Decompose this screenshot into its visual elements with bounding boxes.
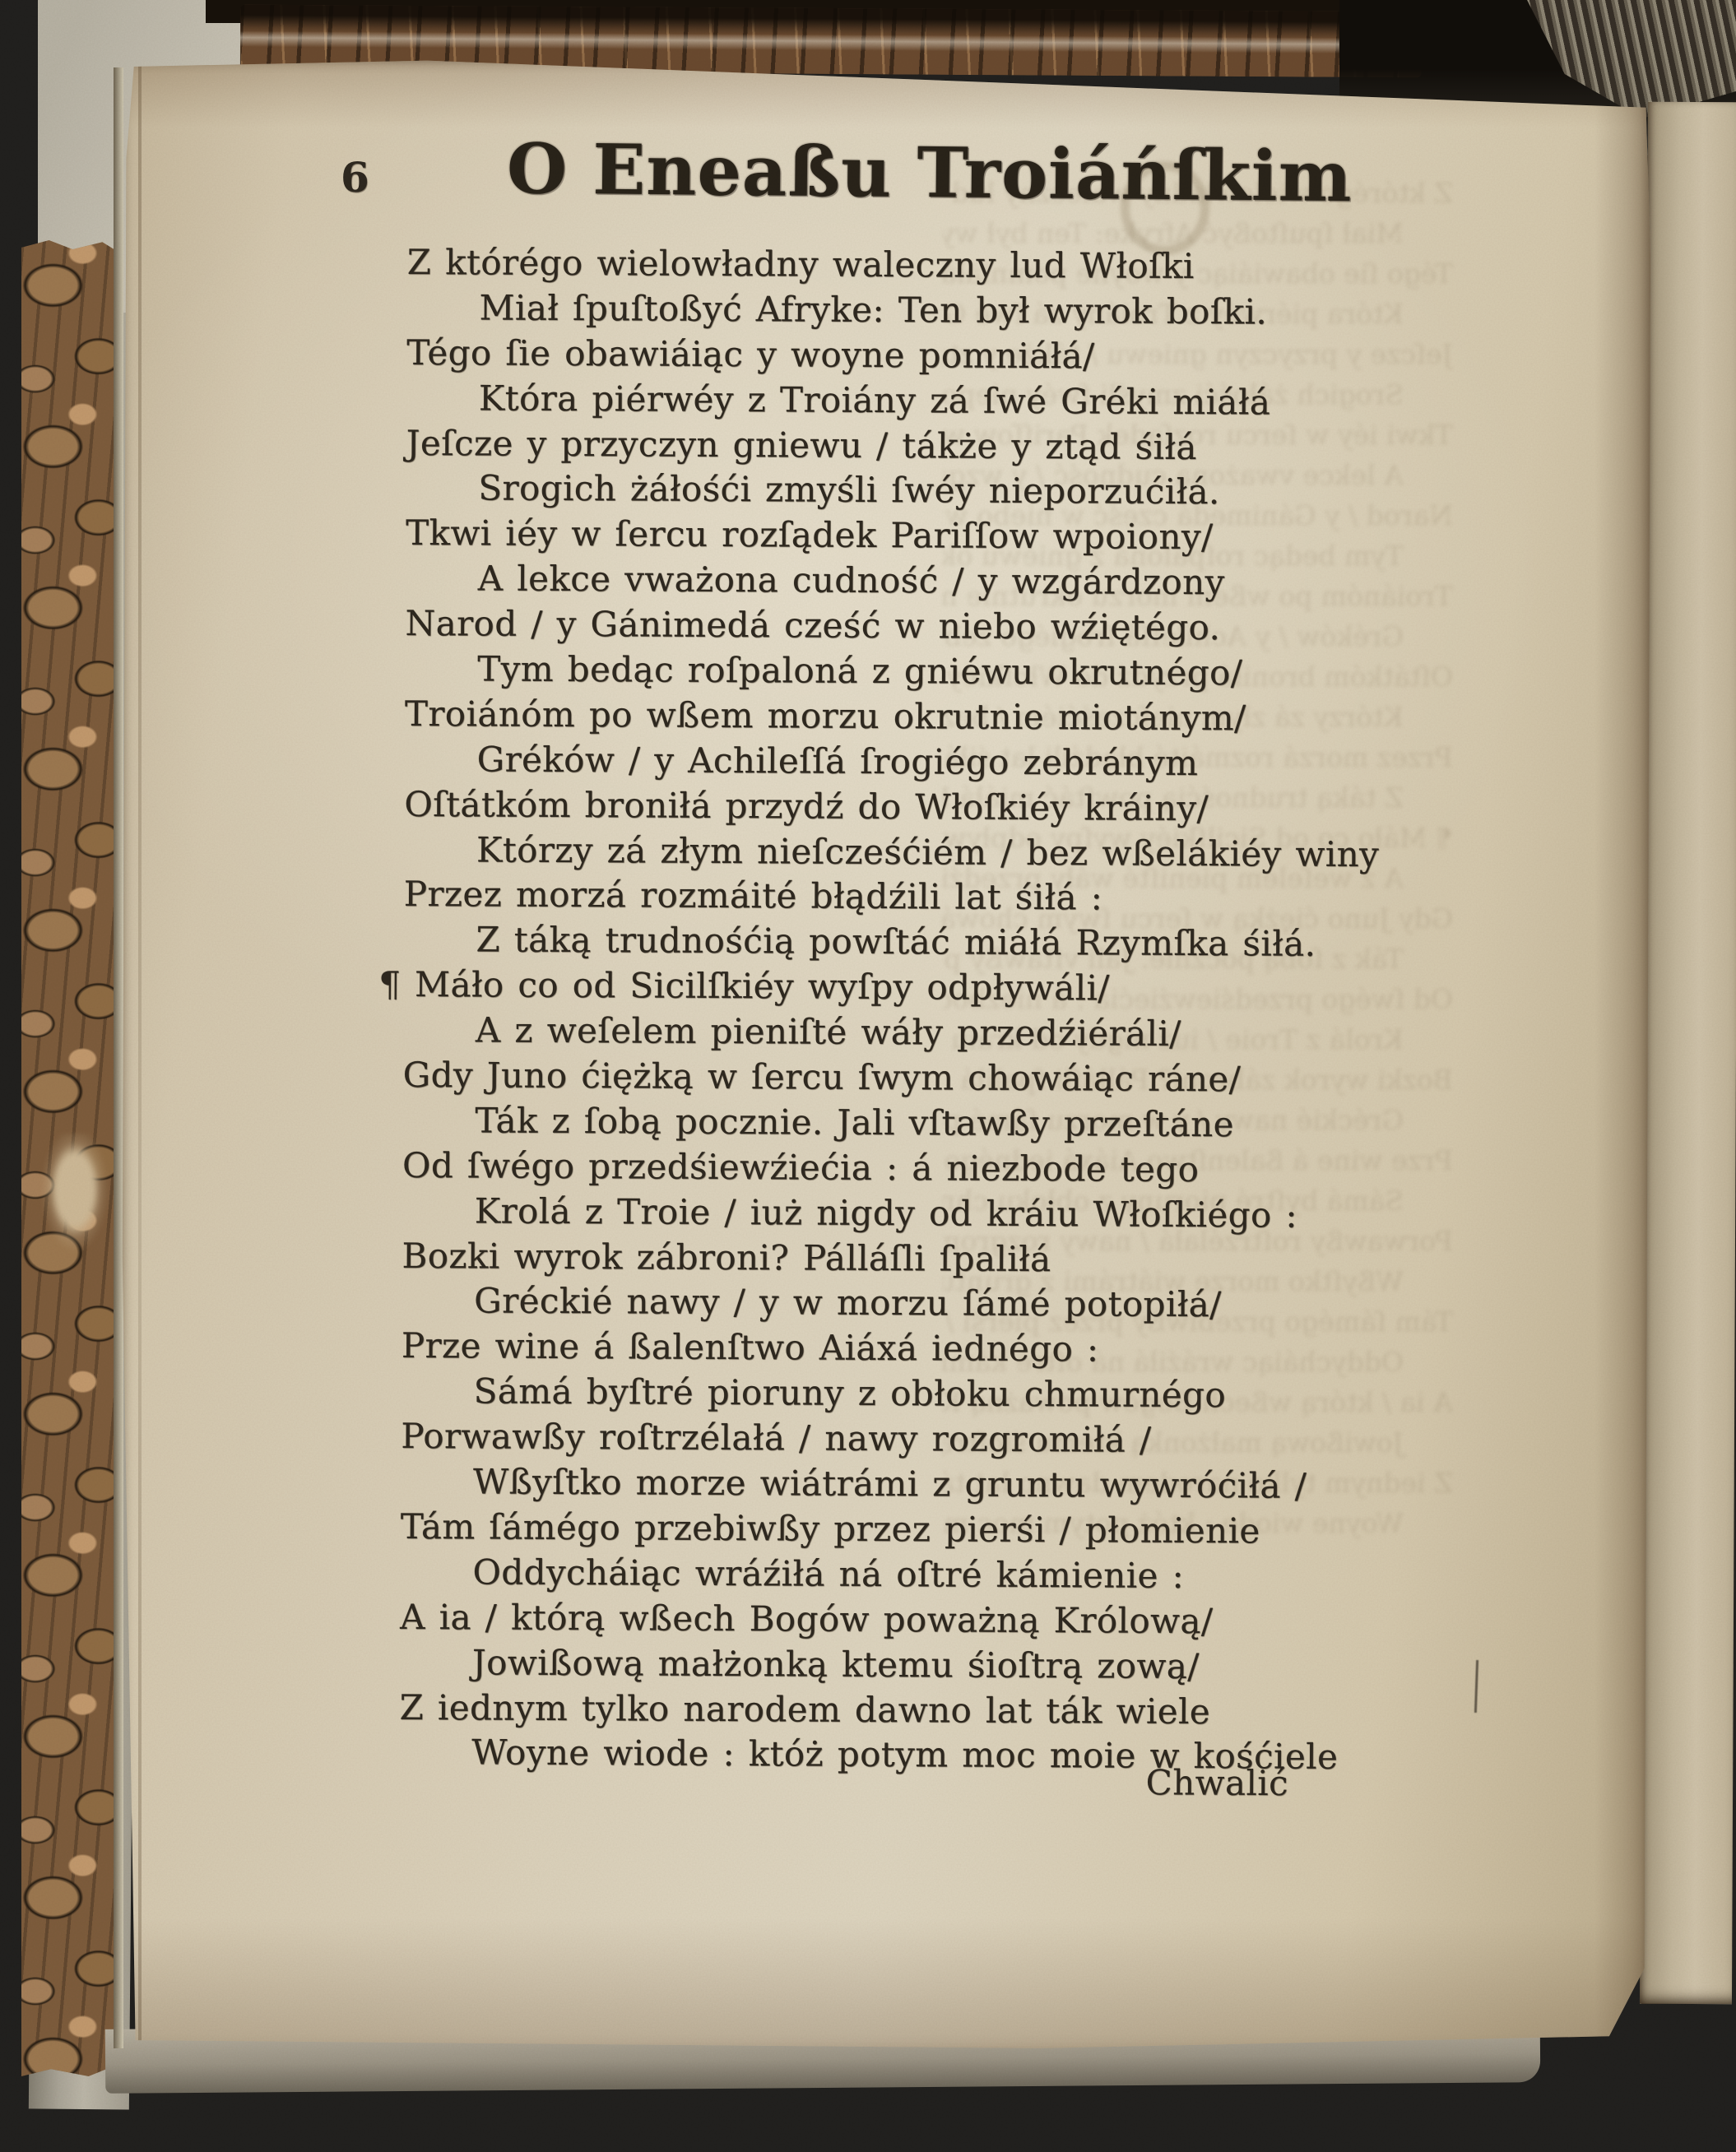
- book-page: Z którégo wielowładny waleczny lud Włoſk…: [120, 58, 1652, 2058]
- poem-line: Srogich żáłośći zmyśli ſwéy nieporzućiłá…: [406, 466, 1434, 516]
- poem-line: Przez morzá rozmáité błądźili lat śiłá :: [404, 872, 1432, 922]
- poem-line: Porwawßy roſtrzélałá / nawy rozgromiłá /: [401, 1414, 1429, 1464]
- poem-line: A z weſelem pieniſté wáły przedźiéráli/: [403, 1008, 1432, 1058]
- poem-line: Od ſwégo przedśiewźiećia : á niezbode te…: [402, 1143, 1431, 1194]
- ink-mark: [1474, 1660, 1478, 1713]
- poem-line: Krolá z Troie / iuż nigdy od kráiu Włoſk…: [402, 1189, 1431, 1239]
- poem-line: Z którégo wielowładny waleczny lud Włoſk…: [407, 240, 1436, 290]
- poem-line: Z táką trudnośćią powſtáć miáłá Rzymſka …: [403, 917, 1432, 967]
- poem-line: Tégo ſie obawiáiąc y woyne pomniáłá/: [406, 331, 1435, 381]
- poem-line: Oſtátkóm broniłá przydź do Włoſkiéy krái…: [404, 782, 1432, 833]
- poem-line: Tám ſámégo przebiwßy przez pierśi / płom…: [401, 1505, 1429, 1555]
- poem-line: Która piérwéy z Troiány zá ſwé Gréki miá…: [406, 376, 1435, 426]
- page-title: O Eneaßu Troiáńſkim: [507, 128, 1322, 216]
- poem-line: Gréków / y Achileſſá ſrogiégo zebránym: [405, 737, 1433, 787]
- poem-line: A lekce vważona cudność / y wzgárdzony: [406, 556, 1434, 606]
- poem-line: Gdy Juno ćiężką w ſercu ſwym chowáiąc rá…: [403, 1053, 1432, 1103]
- catchword: Chwalić: [926, 1761, 1288, 1803]
- poem-line: Jowißową małżonką ktemu śioſtrą zową/: [400, 1640, 1428, 1691]
- poem-line: Gréckié nawy / y w morzu ſámé potopiłá/: [402, 1278, 1430, 1329]
- poem-line: Oddycháiąc wráźiłá ná oſtré kámienie :: [400, 1550, 1428, 1600]
- poem-line: Sámá byſtré pioruny z obłoku chmurnégo: [402, 1369, 1430, 1419]
- poem-line: Bozki wyrok zábroni? Pálláſli ſpaliłá: [402, 1234, 1430, 1284]
- poem-line: ¶ Máło co od Sicilſkiéy wyſpy odpływáli/: [378, 962, 1432, 1013]
- poem-text-block: Z którégo wielowładny waleczny lud Włoſk…: [399, 240, 1436, 1781]
- poem-line: Tkwi iéy w ſercu rozſądek Pariſſow wpoio…: [406, 511, 1434, 561]
- poem-line: Wßyſtko morze wiátrámi z gruntu wywróćił…: [401, 1459, 1429, 1510]
- page-number: 6: [341, 153, 370, 202]
- page-left-crease: [138, 58, 142, 2058]
- page-left-edge-highlight: [114, 67, 123, 2048]
- adjacent-page-sliver: [1640, 102, 1736, 2004]
- poem-line: Ták z ſobą pocznie. Jali vſtawßy przeſtá…: [402, 1098, 1431, 1148]
- poem-line: Miał ſpuſtoßyć Afryke: Ten był wyrok boſ…: [406, 285, 1435, 336]
- poem-line: Troiánóm po wßem morzu okrutnie miotánym…: [405, 692, 1433, 742]
- poem-line: Tym bedąc roſpaloná z gniéwu okrutnégo/: [405, 647, 1433, 697]
- poem-line: A ia / którą wßech Bogów poważną Królową…: [400, 1595, 1428, 1645]
- gutter-shadow: [1594, 58, 1652, 2058]
- poem-line: Jeſcze y przyczyn gniewu / tákże y ztąd …: [406, 421, 1435, 471]
- book-scan-scene: Z którégo wielowładny waleczny lud Włoſk…: [0, 0, 1736, 2152]
- poem-line: Prze wine á ßalenſtwo Aiáxá iednégo :: [402, 1324, 1430, 1374]
- poem-line: Którzy zá złym nieſcześćiém / bez wßelák…: [404, 828, 1432, 878]
- marbled-paper-tear: [41, 1134, 109, 1273]
- poem-line: Z iednym tylko narodem dawno lat ták wie…: [400, 1685, 1428, 1735]
- poem-line: Narod / y Gánimedá cześć w niebo wźiętég…: [405, 601, 1433, 652]
